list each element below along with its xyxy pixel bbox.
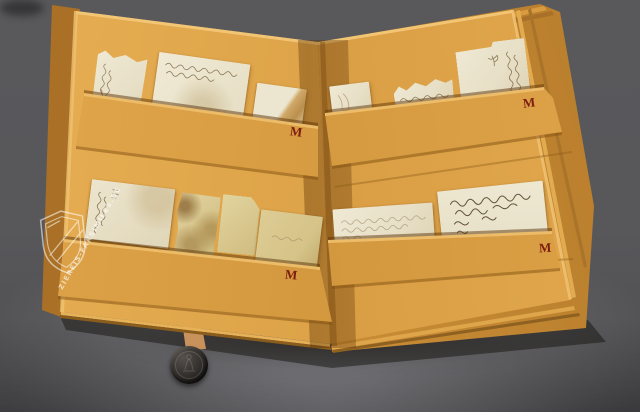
- photo-stage: M M M M ZIEREIS-FAKSIMILES.DE: [0, 0, 640, 412]
- seal-shadow: [0, 0, 44, 16]
- monogram-stamp: M: [539, 240, 552, 257]
- manuscript-fragment: [217, 194, 261, 256]
- seal-emboss-icon: [170, 346, 208, 384]
- wax-seal: [170, 346, 208, 384]
- monogram-stamp: M: [289, 123, 303, 141]
- monogram-stamp: M: [284, 266, 298, 283]
- monogram-stamp: M: [522, 94, 536, 111]
- manuscript-fragment: [173, 192, 221, 258]
